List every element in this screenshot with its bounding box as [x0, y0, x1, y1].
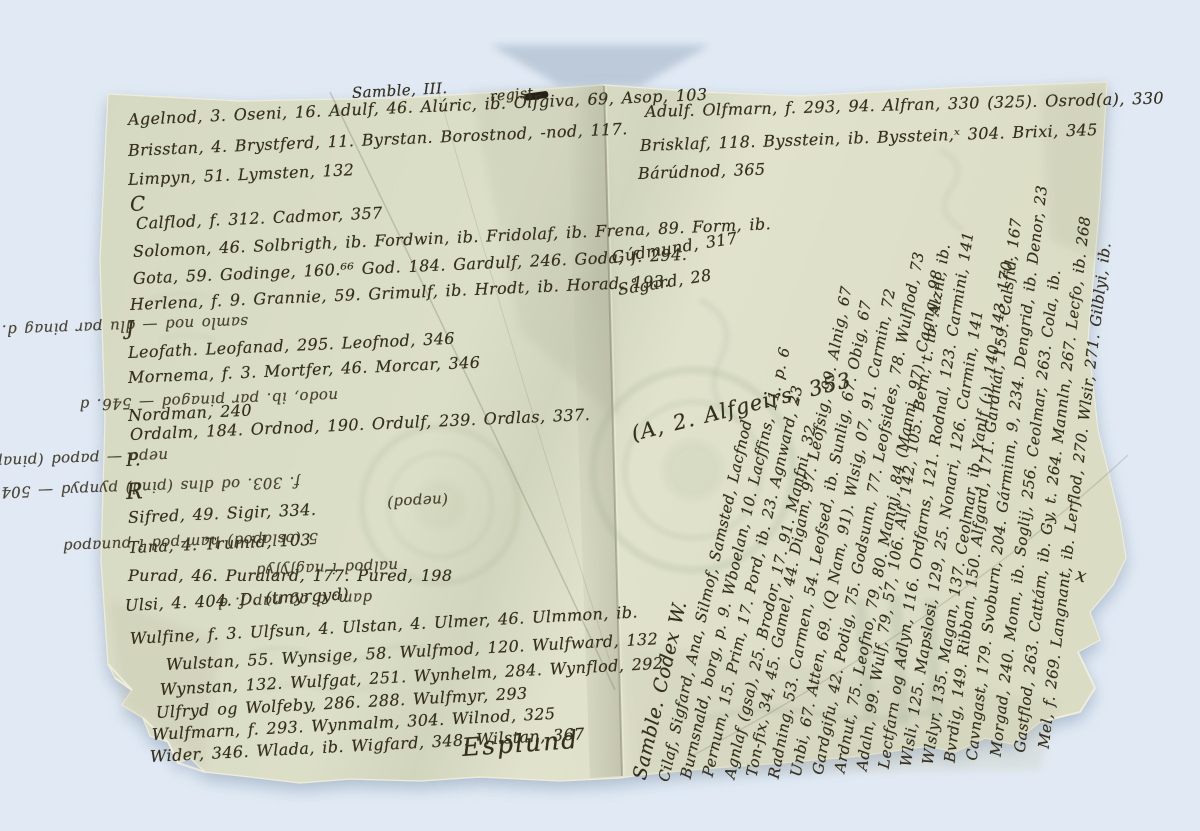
fold-peak-shadow: [490, 45, 710, 86]
flipped-interlinear-line: nalpod i nagfyfyd: [255, 558, 398, 578]
handwritten-line: Bárúdnod, 365: [638, 162, 766, 182]
flipped-interlinear-line: (nepod): [386, 492, 448, 510]
photo-backdrop: Samble, III. regist. Agelnod, 3. Oseni, …: [0, 0, 1200, 831]
flipped-interlinear-line: dam. d og nap f. d: [217, 590, 372, 610]
signature: Esplund: [461, 727, 580, 760]
section-letter-c: C: [129, 193, 146, 214]
